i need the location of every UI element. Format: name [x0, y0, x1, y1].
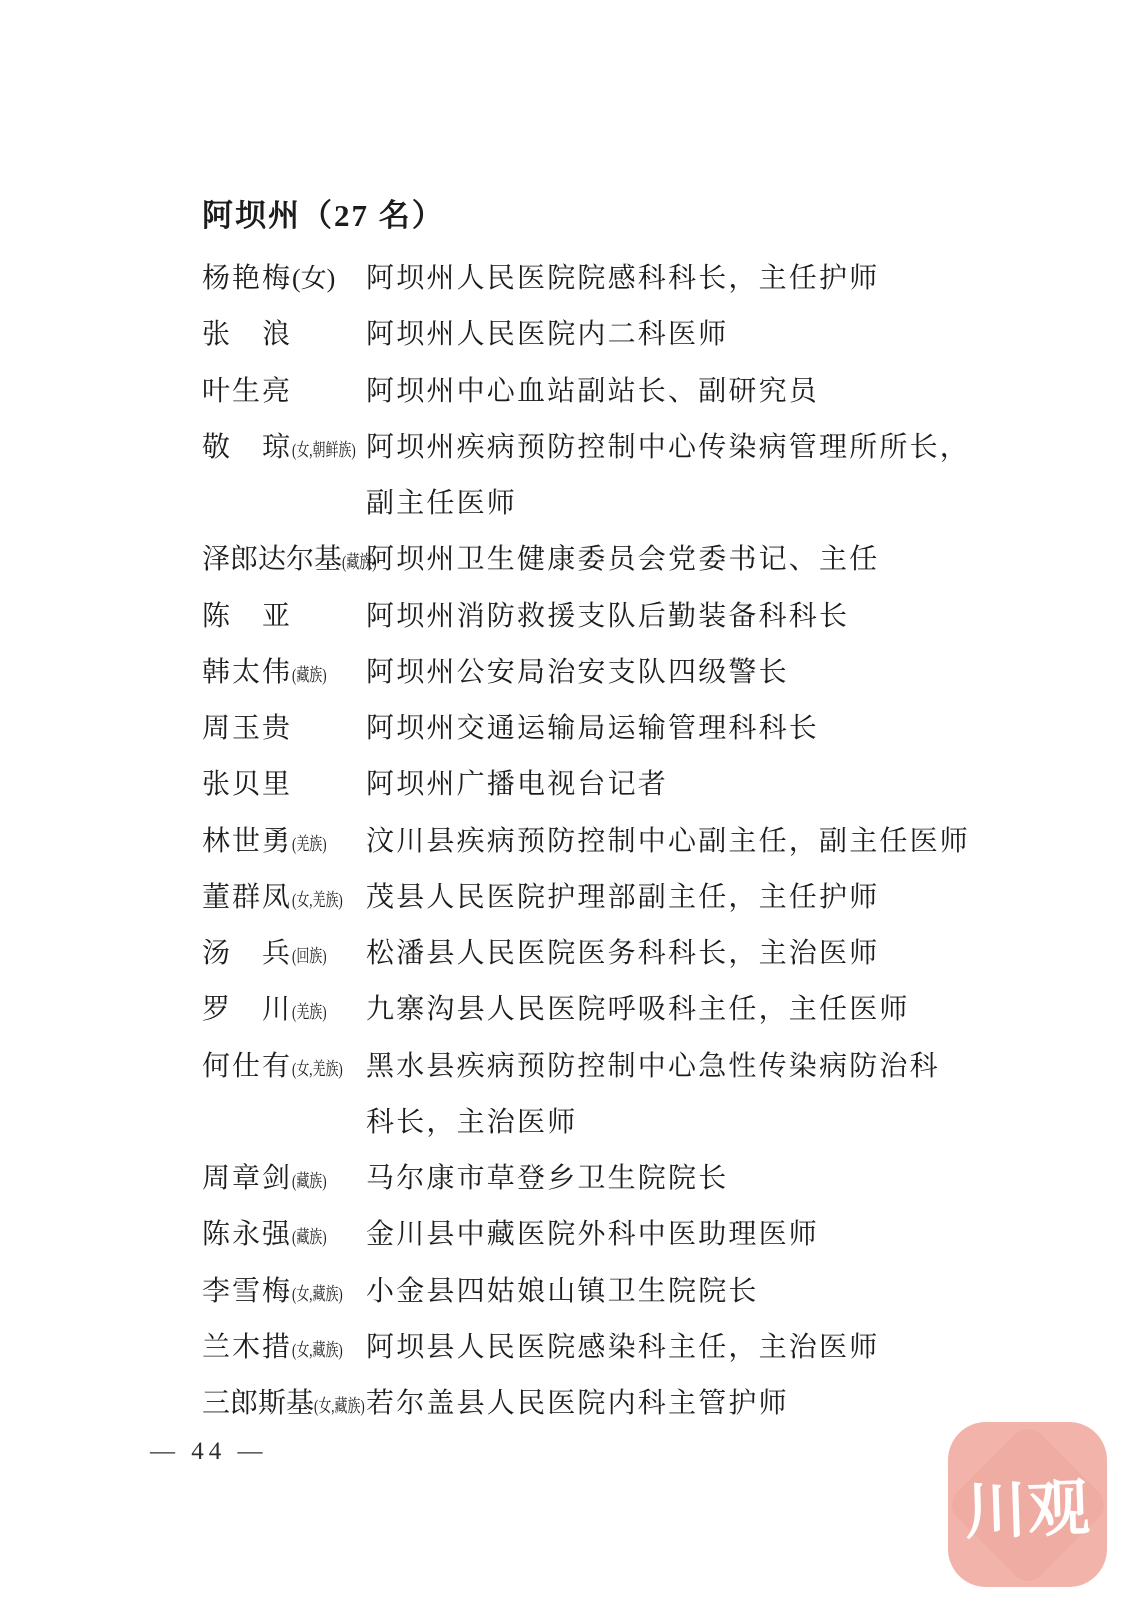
- person-name-column: 李雪梅 (女,藏族): [202, 1269, 366, 1309]
- list-row: 林世勇 (羌族) 汶川县疾病预防控制中心副主任，副主任医师: [202, 811, 1082, 867]
- person-position: 阿坝州疾病预防控制中心传染病管理所所长，: [366, 425, 970, 465]
- person-name: 周玉贵: [202, 706, 292, 746]
- list-row: 李雪梅 (女,藏族) 小金县四姑娘山镇卫生院院长: [202, 1261, 1082, 1317]
- person-position: 阿坝州卫生健康委员会党委书记、主任: [366, 537, 879, 577]
- person-name-column: 林世勇 (羌族): [202, 819, 366, 859]
- person-ethnicity-tag: (女): [292, 258, 335, 295]
- list-row: 何仕有 (女,羌族) 黑水县疾病预防控制中心急性传染病防治科: [202, 1036, 1082, 1092]
- person-position: 若尔盖县人民医院内科主管护师: [366, 1381, 789, 1421]
- person-position: 阿坝州广播电视台记者: [366, 762, 668, 802]
- person-ethnicity-tag: (女,藏族): [292, 1336, 343, 1362]
- person-position: 汶川县疾病预防控制中心副主任，副主任医师: [366, 819, 970, 859]
- person-name: 泽郎达尔基: [202, 537, 342, 577]
- section-title: 阿坝州（27 名）: [202, 190, 445, 235]
- person-name-column: 陈永强 (藏族): [202, 1212, 366, 1252]
- person-ethnicity-tag: (女,藏族): [292, 1280, 343, 1306]
- list-row: 董群凤 (女,羌族) 茂县人民医院护理部副主任，主任护师: [202, 867, 1082, 923]
- person-position: 小金县四姑娘山镇卫生院院长: [366, 1269, 759, 1309]
- page-number: — 44 —: [150, 1438, 268, 1466]
- person-name-column: 汤 兵 (回族): [202, 931, 366, 971]
- person-name: 董群凤: [202, 875, 292, 915]
- person-name: 兰木措: [202, 1325, 292, 1365]
- list-row: 张 浪 阿坝州人民医院内二科医师: [202, 304, 1082, 360]
- list-row: 张贝里 阿坝州广播电视台记者: [202, 754, 1082, 810]
- person-name: 敬 琼: [202, 425, 292, 465]
- person-name: 李雪梅: [202, 1269, 292, 1309]
- person-position: 科长，主治医师: [366, 1100, 577, 1140]
- person-position: 阿坝州消防救援支队后勤装备科科长: [366, 594, 849, 634]
- list-row: 杨艳梅 (女) 阿坝州人民医院院感科科长，主任护师: [202, 248, 1082, 304]
- person-name: 周章剑: [202, 1156, 292, 1196]
- person-position: 副主任医师: [366, 481, 517, 521]
- list-row: 叶生亮 阿坝州中心血站副站长、副研究员: [202, 361, 1082, 417]
- person-name-column: 周玉贵: [202, 706, 366, 746]
- person-name-column: 泽郎达尔基 (藏族): [202, 537, 366, 577]
- list-row: 科长，主治医师: [202, 1092, 1082, 1148]
- list-row: 兰木措 (女,藏族) 阿坝县人民医院感染科主任，主治医师: [202, 1317, 1082, 1373]
- person-name-column: 张贝里: [202, 762, 366, 802]
- person-position: 茂县人民医院护理部副主任，主任护师: [366, 875, 879, 915]
- person-position: 阿坝州交通运输局运输管理科科长: [366, 706, 819, 746]
- honorees-list: 杨艳梅 (女) 阿坝州人民医院院感科科长，主任护师 张 浪 阿坝州人民医院内二科…: [202, 248, 1082, 1429]
- person-position: 阿坝州公安局治安支队四级警长: [366, 650, 789, 690]
- person-name-column: 敬 琼 (女,朝鲜族): [202, 425, 366, 465]
- person-name-column: 三郎斯基 (女,藏族): [202, 1381, 366, 1421]
- person-name: 陈永强: [202, 1212, 292, 1252]
- person-name: 张 浪: [202, 312, 292, 352]
- list-row: 韩太伟 (藏族) 阿坝州公安局治安支队四级警长: [202, 642, 1082, 698]
- person-name-column: 周章剑 (藏族): [202, 1156, 366, 1196]
- person-ethnicity-tag: (藏族): [292, 1223, 327, 1249]
- person-name-column: 罗 川 (羌族): [202, 987, 366, 1027]
- person-name: 何仕有: [202, 1044, 292, 1084]
- list-row: 敬 琼 (女,朝鲜族) 阿坝州疾病预防控制中心传染病管理所所长，: [202, 417, 1082, 473]
- person-position: 九寨沟县人民医院呼吸科主任，主任医师: [366, 987, 910, 1027]
- list-row: 周章剑 (藏族) 马尔康市草登乡卫生院院长: [202, 1148, 1082, 1204]
- list-row: 陈永强 (藏族) 金川县中藏医院外科中医助理医师: [202, 1204, 1082, 1260]
- person-position: 阿坝州人民医院内二科医师: [366, 312, 728, 352]
- chuanguan-logo: 川观: [948, 1422, 1107, 1587]
- person-name-column: 董群凤 (女,羌族): [202, 875, 366, 915]
- person-name: 韩太伟: [202, 650, 292, 690]
- list-row: 周玉贵 阿坝州交通运输局运输管理科科长: [202, 698, 1082, 754]
- list-row: 汤 兵 (回族) 松潘县人民医院医务科科长，主治医师: [202, 923, 1082, 979]
- person-name: 罗 川: [202, 987, 292, 1027]
- list-row: 副主任医师: [202, 473, 1082, 529]
- person-name: 叶生亮: [202, 369, 292, 409]
- person-name-column: 张 浪: [202, 312, 366, 352]
- person-ethnicity-tag: (羌族): [292, 998, 327, 1024]
- person-ethnicity-tag: (藏族): [292, 1167, 327, 1193]
- document-page: 阿坝州（27 名） 杨艳梅 (女) 阿坝州人民医院院感科科长，主任护师 张 浪 …: [0, 0, 1124, 1600]
- person-name: 三郎斯基: [202, 1381, 314, 1421]
- list-row: 陈 亚 阿坝州消防救援支队后勤装备科科长: [202, 586, 1082, 642]
- person-name: 林世勇: [202, 819, 292, 859]
- person-ethnicity-tag: (藏族): [292, 661, 327, 687]
- person-ethnicity-tag: (回族): [292, 942, 327, 968]
- person-name-column: 何仕有 (女,羌族): [202, 1044, 366, 1084]
- person-position: 阿坝县人民医院感染科主任，主治医师: [366, 1325, 879, 1365]
- list-row: 罗 川 (羌族) 九寨沟县人民医院呼吸科主任，主任医师: [202, 979, 1082, 1035]
- person-name-column: 杨艳梅 (女): [202, 256, 366, 296]
- person-ethnicity-tag: (藏族): [342, 548, 377, 574]
- person-name-column: 韩太伟 (藏族): [202, 650, 366, 690]
- person-ethnicity-tag: (羌族): [292, 830, 327, 856]
- person-name-column: 叶生亮: [202, 369, 366, 409]
- person-name: 张贝里: [202, 762, 292, 802]
- person-name-column: 陈 亚: [202, 594, 366, 634]
- person-ethnicity-tag: (女,藏族): [314, 1392, 365, 1418]
- person-name-column: 兰木措 (女,藏族): [202, 1325, 366, 1365]
- person-position: 阿坝州中心血站副站长、副研究员: [366, 369, 819, 409]
- list-row: 泽郎达尔基 (藏族) 阿坝州卫生健康委员会党委书记、主任: [202, 529, 1082, 585]
- person-name: 陈 亚: [202, 594, 292, 634]
- person-position: 松潘县人民医院医务科科长，主治医师: [366, 931, 879, 971]
- person-position: 马尔康市草登乡卫生院院长: [366, 1156, 728, 1196]
- person-position: 阿坝州人民医院院感科科长，主任护师: [366, 256, 879, 296]
- list-row: 三郎斯基 (女,藏族) 若尔盖县人民医院内科主管护师: [202, 1373, 1082, 1429]
- person-ethnicity-tag: (女,羌族): [292, 1055, 343, 1081]
- logo-text: 川观: [948, 1422, 1107, 1587]
- person-ethnicity-tag: (女,羌族): [292, 886, 343, 912]
- person-position: 黑水县疾病预防控制中心急性传染病防治科: [366, 1044, 940, 1084]
- person-position: 金川县中藏医院外科中医助理医师: [366, 1212, 819, 1252]
- person-ethnicity-tag: (女,朝鲜族): [292, 436, 356, 462]
- person-name: 杨艳梅: [202, 256, 292, 296]
- person-name: 汤 兵: [202, 931, 292, 971]
